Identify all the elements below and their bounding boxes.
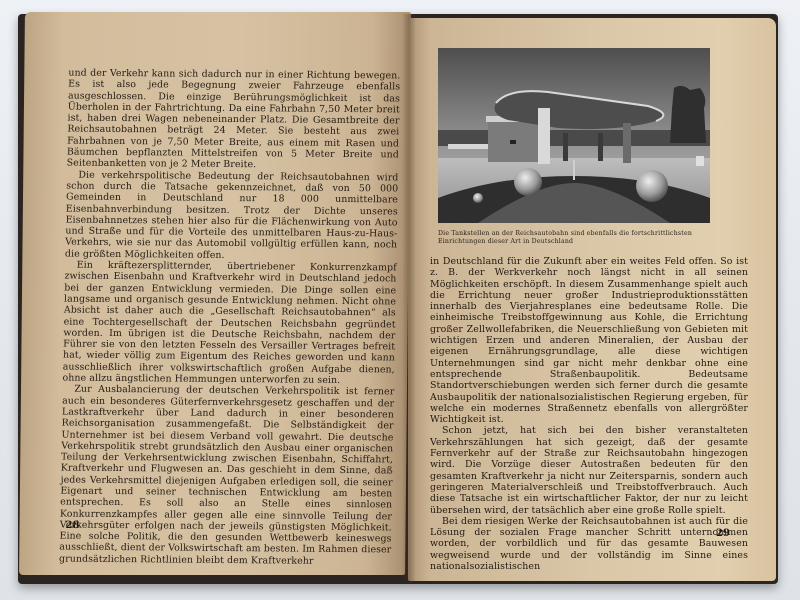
paragraph: in Deutschland für die Zukunft aber ein … bbox=[430, 256, 748, 425]
right-page-text: in Deutschland für die Zukunft aber ein … bbox=[430, 256, 748, 572]
left-page-text: und der Verkehr kann sich dadurch nur in… bbox=[59, 68, 400, 568]
paragraph: Die verkehrspolitische Bedeutung der Rei… bbox=[65, 169, 399, 262]
photo-caption: Die Tankstellen an der Reichsautobahn si… bbox=[438, 230, 720, 245]
left-page: und der Verkehr kann sich dadurch nur in… bbox=[19, 12, 411, 575]
paragraph: Ein kräftezersplitternder, übertriebener… bbox=[62, 260, 396, 387]
paragraph: Schon jetzt, hat sich bei den bisher ver… bbox=[430, 425, 748, 515]
paragraph: Zur Ausbalancierung der deutschen Verkeh… bbox=[59, 384, 394, 568]
paragraph: Bei dem riesigen Werke der Reichsautobah… bbox=[430, 516, 748, 572]
right-page: Die Tankstellen an der Reichsautobahn si… bbox=[408, 18, 776, 581]
book-spine-gutter bbox=[402, 14, 416, 582]
photo-illustration bbox=[438, 48, 710, 223]
page-number-right: 29 bbox=[716, 528, 730, 539]
page-number-left: 28 bbox=[66, 520, 80, 531]
paragraph: und der Verkehr kann sich dadurch nur in… bbox=[67, 68, 401, 173]
gas-station-photo bbox=[438, 48, 710, 223]
